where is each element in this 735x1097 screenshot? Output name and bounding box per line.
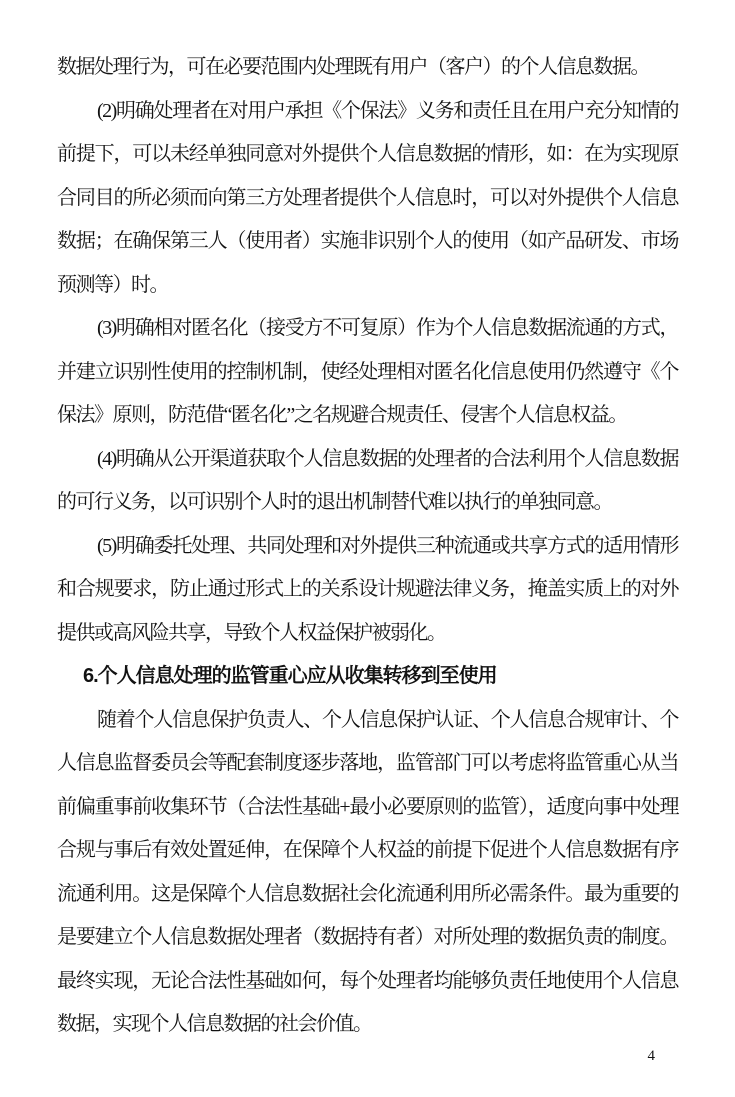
paragraph-section-6-body: 随着个人信息保护负责人、个人信息保护认证、个人信息合规审计、个人信息监督委员会等… — [57, 699, 678, 1047]
section-heading-6: 6.个人信息处理的监管重心应从收集转移到至使用 — [57, 655, 678, 699]
paragraph-item-4: (4)明确从公开渠道获取个人信息数据的处理者的合法利用个人信息数据的可行义务，以… — [57, 438, 678, 525]
paragraph-item-3: (3)明确相对匿名化（接受方不可复原）作为个人信息数据流通的方式，并建立识别性使… — [57, 307, 678, 438]
paragraph-item-2: (2)明确处理者在对用户承担《个保法》义务和责任且在用户充分知情的前提下，可以未… — [57, 90, 678, 308]
paragraph-continuation: 数据处理行为，可在必要范围内处理既有用户（客户）的个人信息数据。 — [57, 46, 678, 90]
document-body: 数据处理行为，可在必要范围内处理既有用户（客户）的个人信息数据。 (2)明确处理… — [57, 46, 678, 1047]
paragraph-item-5: (5)明确委托处理、共同处理和对外提供三种流通或共享方式的适用情形和合规要求，防… — [57, 525, 678, 656]
page-number: 4 — [648, 1047, 656, 1065]
document-page: 数据处理行为，可在必要范围内处理既有用户（客户）的个人信息数据。 (2)明确处理… — [0, 0, 735, 1097]
